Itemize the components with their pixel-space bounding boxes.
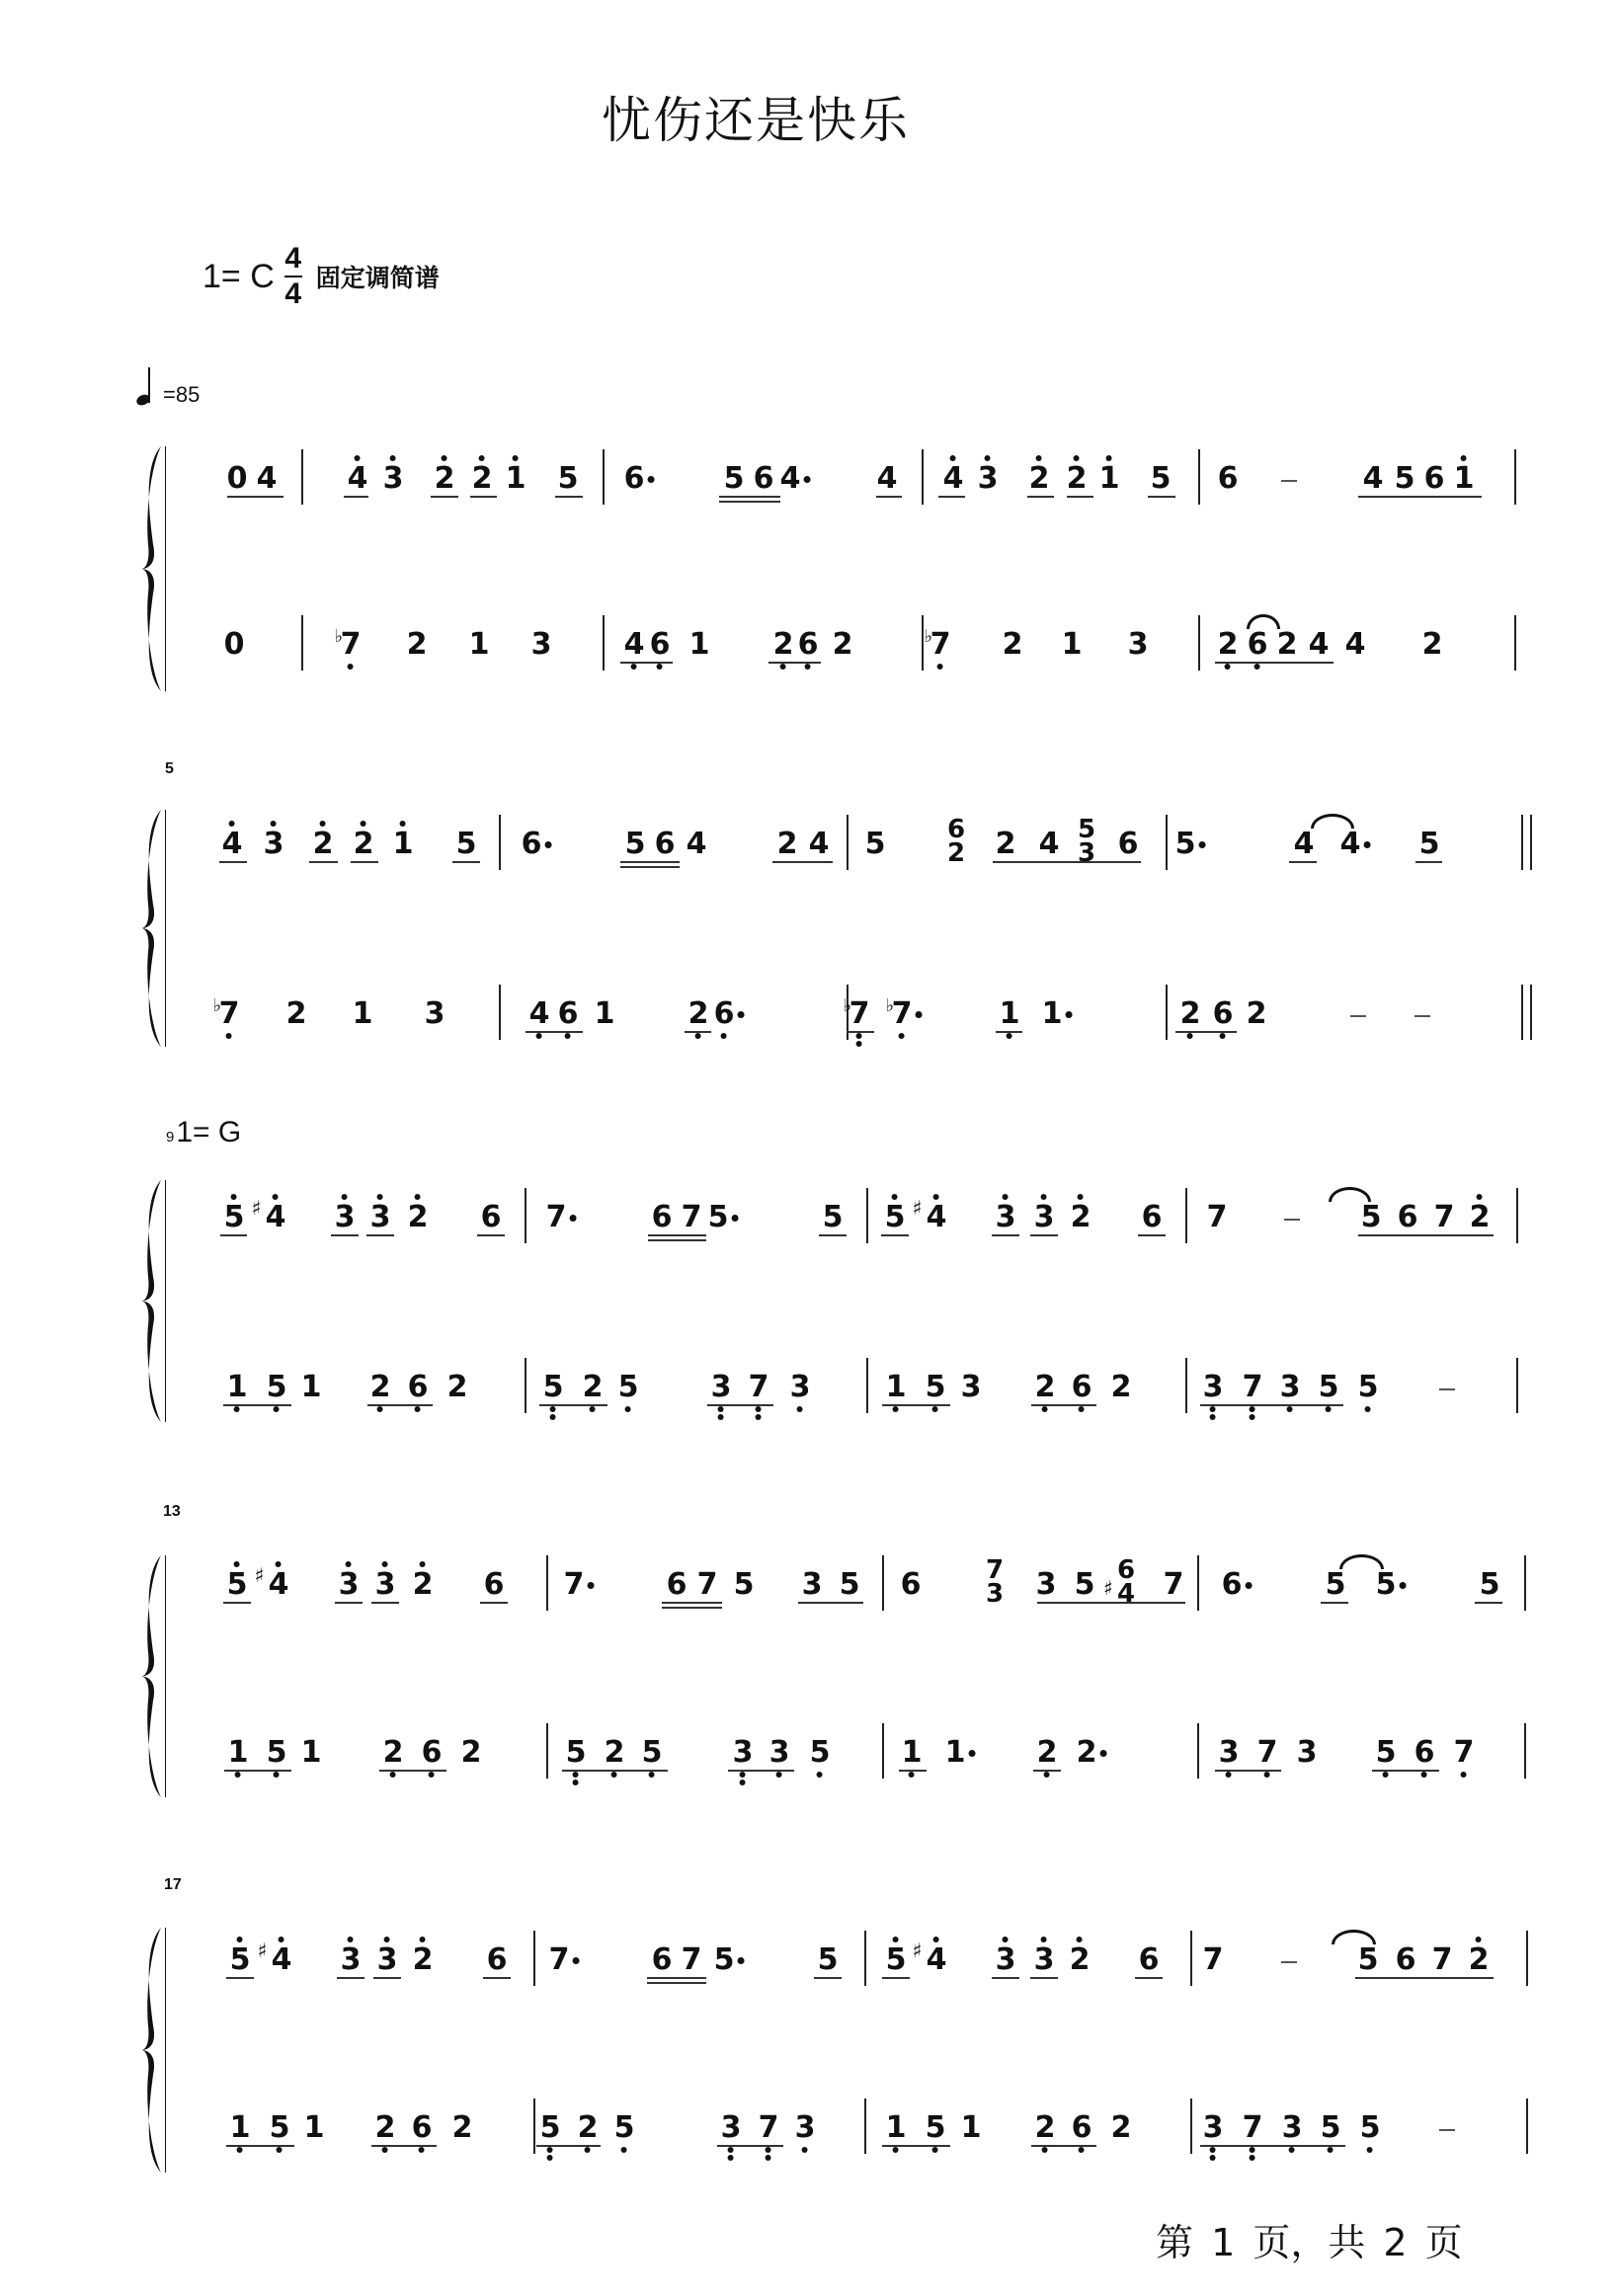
note: 3 xyxy=(370,1203,391,1232)
note: 3 xyxy=(1036,1570,1057,1600)
octave-down-dot xyxy=(237,2147,243,2153)
note: 4♯ xyxy=(269,1570,289,1600)
note: 6 xyxy=(1398,1203,1418,1232)
barline xyxy=(1516,1188,1518,1243)
beam-underline xyxy=(648,1239,706,1241)
octave-down-dot xyxy=(776,1772,782,1778)
note: 5 xyxy=(1480,1570,1500,1600)
octave-down-dot xyxy=(718,1414,724,1420)
octave-down-dot xyxy=(1365,1406,1371,1412)
beam-underline xyxy=(1031,2145,1096,2147)
note: 1 xyxy=(886,2113,907,2143)
beam-underline xyxy=(366,1234,394,1236)
note: 5 xyxy=(840,1570,860,1600)
note: 6 xyxy=(1396,1945,1416,1975)
note: 1 xyxy=(945,1738,966,1768)
flat-icon: ♭ xyxy=(335,622,344,652)
augmentation-dot xyxy=(968,1750,975,1757)
octave-down-dot xyxy=(419,2147,425,2153)
beam-underline xyxy=(882,2145,950,2147)
octave-up-dot xyxy=(384,1937,390,1942)
octave-up-dot xyxy=(361,821,366,827)
octave-down-dot xyxy=(893,2147,899,2153)
note: 4♯ xyxy=(266,1203,286,1232)
note: 5 xyxy=(818,1945,839,1975)
barline xyxy=(866,1358,868,1413)
beam-underline xyxy=(331,1234,359,1236)
octave-down-dot xyxy=(1044,1772,1050,1778)
note: 5 xyxy=(926,1373,946,1402)
note: 1 xyxy=(1099,464,1120,494)
note: 5 xyxy=(1321,2113,1341,2143)
beam-underline xyxy=(1289,861,1317,863)
sharp-icon: ♯ xyxy=(258,1936,268,1965)
octave-down-dot xyxy=(909,1772,915,1778)
octave-down-dot xyxy=(932,1406,938,1412)
octave-down-dot xyxy=(585,2147,591,2153)
note: 7♭ xyxy=(930,630,951,660)
octave-down-dot xyxy=(348,664,354,670)
barline xyxy=(1514,615,1516,671)
octave-down-dot xyxy=(274,1406,280,1412)
note: 5 xyxy=(230,1945,251,1975)
key-change: 91= G xyxy=(166,1116,241,1149)
note: 2 xyxy=(383,1738,404,1768)
time-signature-top: 4 xyxy=(284,244,301,274)
octave-up-dot xyxy=(229,821,235,827)
note: 5 xyxy=(456,830,477,859)
beam-underline xyxy=(1358,1234,1494,1236)
note: 7 xyxy=(682,1203,702,1232)
note: 7 xyxy=(549,1945,570,1975)
beam-underline xyxy=(539,1404,607,1406)
augmentation-dot xyxy=(1363,841,1370,848)
note: 4 xyxy=(877,464,898,494)
note: 6 xyxy=(624,464,645,494)
note: 2 xyxy=(1077,1738,1097,1768)
octave-down-dot xyxy=(1250,1406,1255,1412)
barline xyxy=(533,1931,535,1986)
beam-underline xyxy=(719,496,780,498)
note: 2 xyxy=(1111,1373,1132,1402)
note: 5 xyxy=(926,2113,946,2143)
note: 3 xyxy=(1203,2113,1224,2143)
note: 3 xyxy=(1297,1738,1318,1768)
note: 4 xyxy=(1363,464,1384,494)
octave-down-dot xyxy=(1007,1033,1012,1039)
note: 5 xyxy=(1075,1570,1095,1600)
barline xyxy=(546,1723,548,1779)
beam-underline xyxy=(620,866,680,868)
note: 5 xyxy=(1326,1570,1346,1600)
beam-underline xyxy=(1027,496,1054,498)
octave-down-dot xyxy=(756,1414,762,1420)
note: 2 xyxy=(1180,999,1201,1029)
octave-up-dot xyxy=(1036,455,1042,461)
beam-underline xyxy=(226,1977,254,1979)
beam-underline xyxy=(993,861,1141,863)
note: 1 xyxy=(961,2113,982,2143)
octave-down-dot xyxy=(937,664,943,670)
note: 2 xyxy=(1035,2113,1056,2143)
note: 3 xyxy=(1034,1203,1055,1232)
beam-underline xyxy=(1200,1404,1343,1406)
note: 7 xyxy=(1164,1570,1184,1600)
octave-down-dot xyxy=(1042,2147,1048,2153)
octave-down-dot xyxy=(547,2155,553,2161)
flat-icon: ♭ xyxy=(925,622,933,652)
page-indicator: 第 1 页，共 2 页 xyxy=(1156,2212,1463,2266)
sharp-icon: ♯ xyxy=(913,1193,923,1223)
barline xyxy=(546,1555,548,1611)
octave-up-dot xyxy=(1074,455,1080,461)
note: 2 xyxy=(1247,999,1267,1029)
note: 1 xyxy=(1042,999,1063,1029)
octave-up-dot xyxy=(320,821,326,827)
barline xyxy=(1524,1555,1526,1611)
sharp-icon: ♯ xyxy=(1103,1576,1113,1600)
note: 6 xyxy=(1072,1373,1092,1402)
octave-down-dot xyxy=(390,1772,396,1778)
beam-underline xyxy=(223,1404,291,1406)
note: 5 xyxy=(642,1738,663,1768)
octave-up-dot xyxy=(1461,455,1467,461)
augmentation-dot xyxy=(544,841,551,848)
octave-down-dot xyxy=(1383,1772,1389,1778)
note: 6 xyxy=(652,1203,673,1232)
barline xyxy=(882,1555,884,1611)
beam-underline xyxy=(685,1031,711,1033)
note: 2 xyxy=(1035,1373,1056,1402)
beam-underline xyxy=(992,1234,1019,1236)
octave-down-dot xyxy=(805,664,811,670)
octave-down-dot xyxy=(631,664,637,670)
beam-underline xyxy=(1033,1770,1061,1772)
octave-down-dot xyxy=(740,1772,746,1778)
note: 2 xyxy=(435,464,455,494)
octave-down-dot xyxy=(1042,1406,1048,1412)
note: 3 xyxy=(264,830,284,859)
octave-down-dot xyxy=(573,1772,579,1778)
beam-underline xyxy=(881,1234,909,1236)
beam-underline xyxy=(224,1770,291,1772)
beam-underline xyxy=(648,1234,706,1236)
tie-icon xyxy=(1329,1187,1371,1202)
note: 5 xyxy=(267,1373,287,1402)
augmentation-dot xyxy=(569,1215,576,1222)
octave-up-dot xyxy=(415,1194,421,1200)
octave-up-dot xyxy=(950,455,956,461)
note: 3 xyxy=(341,1945,362,1975)
beam-underline xyxy=(1135,1977,1163,1979)
augmentation-dot xyxy=(731,1215,738,1222)
octave-down-dot xyxy=(932,2147,938,2153)
sustain-dash xyxy=(1281,480,1297,482)
note: 6 xyxy=(481,1203,502,1232)
barline xyxy=(1190,1931,1192,1986)
beam-underline xyxy=(1175,1031,1237,1033)
octave-down-dot xyxy=(899,1033,905,1039)
system-line xyxy=(165,810,166,1047)
note: 6 xyxy=(1072,2113,1092,2143)
note: 6 xyxy=(1248,630,1268,660)
augmentation-dot xyxy=(1399,1582,1406,1589)
note: 2 xyxy=(1037,1738,1058,1768)
system-line xyxy=(165,446,166,691)
octave-down-dot xyxy=(756,1406,762,1412)
beam-underline xyxy=(337,1977,364,1979)
note: 2 xyxy=(452,2113,473,2143)
octave-down-dot xyxy=(766,2155,771,2161)
octave-down-dot xyxy=(802,2147,808,2153)
octave-up-dot xyxy=(355,455,361,461)
beam-underline xyxy=(477,1234,505,1236)
note: 7 xyxy=(1432,1945,1453,1975)
barline xyxy=(525,1358,526,1413)
note: 3 xyxy=(377,1945,398,1975)
barline xyxy=(301,615,303,671)
note: 2 xyxy=(777,830,798,859)
note: 5 xyxy=(1419,830,1440,859)
octave-down-dot xyxy=(1328,2147,1334,2153)
note: 5 xyxy=(1395,464,1415,494)
beam-underline xyxy=(1138,1234,1166,1236)
note: 7 xyxy=(1243,1373,1263,1402)
note: 6 xyxy=(667,1570,687,1600)
note: 5 xyxy=(267,1738,287,1768)
note: 3 xyxy=(375,1570,396,1600)
octave-up-dot xyxy=(1077,1937,1083,1942)
note: 3 xyxy=(961,1373,982,1402)
note: 3 xyxy=(1034,1945,1055,1975)
note: 1 xyxy=(902,1738,923,1768)
beam-underline xyxy=(562,1770,668,1772)
beam-underline xyxy=(373,1977,401,1979)
note: 3 xyxy=(996,1203,1016,1232)
octave-down-dot xyxy=(657,664,663,670)
beam-underline xyxy=(536,2145,601,2147)
note: 5 xyxy=(1358,1945,1379,1975)
octave-down-dot xyxy=(1254,664,1260,670)
octave-up-dot xyxy=(442,455,447,461)
note: 7 xyxy=(1257,1738,1278,1768)
note: 7 xyxy=(697,1570,718,1600)
measure-number: 5 xyxy=(165,760,174,778)
note: 4 xyxy=(1294,830,1315,859)
note: 2 xyxy=(1003,630,1023,660)
octave-down-dot xyxy=(1220,1033,1226,1039)
beam-underline xyxy=(483,1977,511,1979)
note: 0 xyxy=(224,630,245,660)
beam-underline xyxy=(452,861,480,863)
beam-underline xyxy=(1355,1977,1494,1979)
barline xyxy=(1514,449,1516,505)
octave-up-dot xyxy=(271,821,277,827)
note: 6 xyxy=(422,1738,443,1768)
barline xyxy=(1185,1188,1187,1243)
key-signature: 1= C xyxy=(202,258,275,296)
octave-down-dot xyxy=(274,1772,280,1778)
octave-down-dot xyxy=(721,1033,727,1039)
beam-underline xyxy=(371,1602,399,1604)
note: 7 xyxy=(564,1570,585,1600)
brace-icon xyxy=(135,1180,175,1422)
note: 3 xyxy=(795,2113,816,2143)
barline xyxy=(1524,1723,1526,1779)
measure-number: 13 xyxy=(163,1503,181,1521)
note: 4♯ xyxy=(272,1945,292,1975)
beam-underline xyxy=(1372,1770,1439,1772)
note: 6 xyxy=(408,1373,429,1402)
note: 2 xyxy=(1470,1203,1491,1232)
beam-underline xyxy=(1031,1404,1096,1406)
tie-icon xyxy=(1339,1554,1384,1569)
beam-underline xyxy=(1148,496,1175,498)
sharp-icon: ♯ xyxy=(255,1560,265,1590)
note: 3 xyxy=(711,1373,732,1402)
note: 4 xyxy=(943,464,964,494)
note: 5 xyxy=(714,1945,735,1975)
note: 6 xyxy=(487,1945,508,1975)
note: 53 xyxy=(1078,818,1095,865)
note: 2 xyxy=(1071,1203,1091,1232)
note: 4♯ xyxy=(927,1945,947,1975)
note: 6 xyxy=(1415,1738,1435,1768)
note: 2 xyxy=(1070,1945,1091,1975)
note: 1 xyxy=(886,1373,907,1402)
note: 5 xyxy=(865,830,886,859)
octave-up-dot xyxy=(348,1937,354,1942)
note: 1 xyxy=(1454,464,1475,494)
note: 1 xyxy=(301,1373,322,1402)
tempo-marking: =85 xyxy=(143,367,200,407)
note: 3 xyxy=(531,630,552,660)
octave-down-dot xyxy=(1250,2147,1255,2153)
sustain-dash xyxy=(1439,2129,1455,2131)
note: 3 xyxy=(1128,630,1149,660)
sustain-dash xyxy=(1415,1015,1430,1017)
note: 5 xyxy=(1151,464,1172,494)
octave-down-dot xyxy=(226,1033,232,1039)
note: 3 xyxy=(721,2113,742,2143)
beam-underline xyxy=(431,496,458,498)
note: 3 xyxy=(1280,1373,1301,1402)
note: 1 xyxy=(469,630,490,660)
note: 6 xyxy=(714,999,735,1029)
augmentation-dot xyxy=(647,476,654,483)
note: 3 xyxy=(335,1203,356,1232)
octave-up-dot xyxy=(237,1937,243,1942)
note: 6 xyxy=(901,1570,922,1600)
note: 4 xyxy=(1309,630,1330,660)
tie-icon xyxy=(1332,1930,1376,1944)
beam-underline xyxy=(371,2145,437,2147)
note: 6 xyxy=(1213,999,1234,1029)
system-line xyxy=(165,1928,166,2173)
octave-down-dot xyxy=(695,1033,701,1039)
key-change-label: 1= G xyxy=(176,1116,241,1148)
note: 2 xyxy=(1067,464,1088,494)
note: 3 xyxy=(802,1570,823,1600)
octave-down-dot xyxy=(235,1772,241,1778)
note: 3 xyxy=(769,1738,790,1768)
octave-up-dot xyxy=(234,1561,240,1567)
beam-underline xyxy=(728,1770,794,1772)
octave-down-dot xyxy=(1225,664,1231,670)
note: 4 xyxy=(257,464,278,494)
octave-down-dot xyxy=(550,1414,556,1420)
beam-underline xyxy=(223,1602,251,1604)
note: 2 xyxy=(375,2113,396,2143)
note: 2 xyxy=(996,830,1016,859)
note: 4 xyxy=(348,464,368,494)
octave-up-dot xyxy=(892,1194,898,1200)
octave-down-dot xyxy=(1079,1406,1085,1412)
sharp-icon: ♯ xyxy=(913,1936,923,1965)
octave-up-dot xyxy=(513,455,519,461)
note: 2 xyxy=(578,2113,599,2143)
octave-up-dot xyxy=(1041,1937,1047,1942)
time-signature: 4 4 xyxy=(284,244,302,309)
note: 1 xyxy=(353,999,373,1029)
note: 1 xyxy=(689,630,710,660)
note: 6 xyxy=(1222,1570,1243,1600)
note: 6 xyxy=(484,1570,505,1600)
octave-down-dot xyxy=(740,1780,746,1785)
augmentation-dot xyxy=(737,1011,744,1018)
octave-up-dot xyxy=(1003,1937,1009,1942)
note: 1 xyxy=(304,2113,325,2143)
sustain-dash xyxy=(1350,1015,1366,1017)
beam-underline xyxy=(899,1770,927,1772)
note: 2 xyxy=(408,1203,429,1232)
barline xyxy=(1198,449,1200,505)
octave-down-dot xyxy=(856,1033,862,1039)
octave-down-dot xyxy=(1210,1414,1216,1420)
barline xyxy=(1166,815,1168,870)
beam-underline xyxy=(882,1977,910,1979)
octave-down-dot xyxy=(817,1772,823,1778)
octave-down-dot xyxy=(415,1406,421,1412)
note: 3 xyxy=(425,999,445,1029)
beam-underline xyxy=(938,496,965,498)
note: 6 xyxy=(1142,1203,1163,1232)
barline xyxy=(864,1931,866,1986)
note: 5 xyxy=(708,1203,729,1232)
note: 6 xyxy=(412,2113,433,2143)
note: 2 xyxy=(833,630,853,660)
note: 2 xyxy=(1218,630,1239,660)
note: 3 xyxy=(996,1945,1016,1975)
note: 1 xyxy=(230,2113,251,2143)
note: 6 xyxy=(1218,464,1239,494)
octave-up-dot xyxy=(231,1194,237,1200)
octave-down-dot xyxy=(573,1780,579,1785)
note: 3 xyxy=(790,1373,811,1402)
note: 6 xyxy=(558,999,579,1029)
time-signature-bottom: 4 xyxy=(284,279,301,309)
augmentation-dot xyxy=(1065,1011,1072,1018)
note: 6 xyxy=(1139,1945,1160,1975)
double-barline xyxy=(1521,985,1532,1040)
tie-icon xyxy=(1247,614,1280,629)
note: 5 xyxy=(1175,830,1196,859)
beam-underline xyxy=(526,1031,583,1033)
beam-underline xyxy=(819,1234,847,1236)
note: 2 xyxy=(313,830,334,859)
note: 6 xyxy=(522,830,542,859)
system-line xyxy=(165,1180,166,1422)
